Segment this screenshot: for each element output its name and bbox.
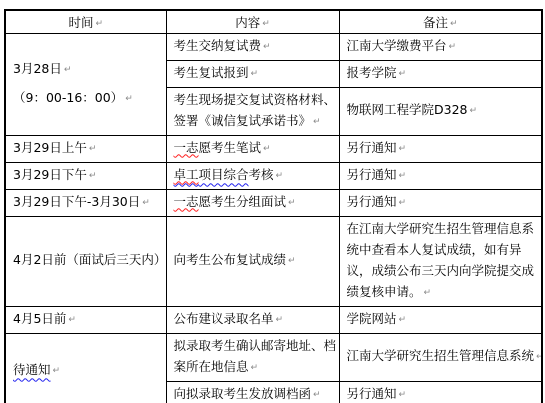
end-of-cell-mark: ↵: [276, 166, 284, 187]
end-of-cell-mark: ↵: [399, 385, 407, 403]
col-header-remark: 备注↵: [339, 10, 542, 33]
cell-paragraph: 另行通知↵: [347, 191, 540, 215]
cell-content: 向拟录取考生发放调档函↵: [166, 381, 339, 403]
cell-content: 卓工项目综合考核↵: [166, 162, 339, 189]
text-segment: 3月29日下午: [13, 167, 87, 182]
cell-paragraph: 另行通知↵: [347, 164, 540, 188]
spellcheck-underline: 卓工: [174, 167, 199, 182]
text-segment: 另行通知: [347, 194, 397, 209]
spellcheck-underline: 一志: [174, 194, 199, 209]
cell-remark: 报考学院↵: [339, 60, 542, 87]
end-of-cell-mark: ↵: [251, 64, 259, 85]
cell-paragraph: 3月28日↵: [13, 58, 164, 82]
col-header-content: 内容↵: [166, 10, 339, 33]
cell-paragraph: 卓工项目综合考核↵: [174, 164, 337, 188]
cell-remark: 物联网工程学院D328↵: [339, 87, 542, 135]
text-segment: 3月28日: [13, 61, 62, 76]
text-segment: 在江南大学研究生招生管理信息系统中查看本人复试成绩，如有异议，成绩公布三天内向学…: [347, 221, 535, 299]
cell-remark: 另行通知↵: [339, 381, 542, 403]
text-segment: 物联网工程学院D328: [347, 102, 468, 117]
end-of-cell-mark: ↵: [142, 193, 150, 214]
text-segment: 待通知: [13, 362, 51, 377]
table-header: 时间↵内容↵备注↵: [5, 10, 542, 33]
cell-paragraph: 考生交纳复试费↵: [174, 35, 337, 59]
col-header-label: 备注: [423, 15, 448, 30]
end-of-cell-mark: ↵: [262, 19, 270, 29]
cell-paragraph: 江南大学研究生招生管理信息系统↵: [347, 345, 540, 369]
table-row: 待通知↵拟录取考生确认邮寄地址、档案所在地信息↵江南大学研究生招生管理信息系统↵: [5, 333, 542, 381]
end-of-cell-mark: ↵: [399, 139, 407, 160]
schedule-table: 时间↵内容↵备注↵ 3月28日↵（9：00-16：00）↵考生交纳复试费↵江南大…: [4, 9, 543, 403]
cell-content: 拟录取考生确认邮寄地址、档案所在地信息↵: [166, 333, 339, 381]
cell-remark: 在江南大学研究生招生管理信息系统中查看本人复试成绩，如有异议，成绩公布三天内向学…: [339, 216, 542, 306]
cell-remark: 学院网站↵: [339, 306, 542, 333]
cell-remark: 另行通知↵: [339, 162, 542, 189]
end-of-cell-mark: ↵: [288, 193, 296, 214]
end-of-cell-mark: ↵: [95, 19, 103, 29]
text-segment: 4月2日前（面试后三天内）: [13, 252, 166, 267]
header-row: 时间↵内容↵备注↵: [5, 10, 542, 33]
cell-paragraph: 考生现场提交复试资格材料、签署《诚信复试承诺书》↵: [174, 89, 337, 134]
end-of-cell-mark: ↵: [89, 166, 97, 187]
cell-content: 考生交纳复试费↵: [166, 33, 339, 60]
cell-paragraph: 另行通知↵: [347, 137, 540, 161]
cell-paragraph: 3月29日上午↵: [13, 137, 164, 161]
cell-paragraph: 一志愿考生分组面试↵: [174, 191, 337, 215]
cell-content: 向考生公布复试成绩↵: [166, 216, 339, 306]
cell-remark: 另行通知↵: [339, 189, 542, 216]
cell-paragraph: 向拟录取考生发放调档函↵: [174, 383, 337, 403]
text-segment: 一志: [174, 194, 199, 209]
cell-paragraph: 公布建议录取名单↵: [174, 308, 337, 332]
end-of-cell-mark: ↵: [89, 139, 97, 160]
end-of-cell-mark: ↵: [53, 361, 61, 382]
cell-time: 4月5日前↵: [5, 306, 166, 333]
cell-paragraph: 4月5日前↵: [13, 308, 164, 332]
text-segment: 一志: [174, 140, 199, 155]
text-segment: 报考学院: [347, 65, 397, 80]
text-segment: 另行通知: [347, 167, 397, 182]
grammar-underline: 待通知: [13, 362, 51, 377]
table-row: 3月28日↵（9：00-16：00）↵考生交纳复试费↵江南大学缴费平台↵: [5, 33, 542, 60]
cell-content: 考生现场提交复试资格材料、签署《诚信复试承诺书》↵: [166, 87, 339, 135]
cell-paragraph: 3月29日下午↵: [13, 164, 164, 188]
end-of-cell-mark: ↵: [64, 60, 72, 81]
end-of-cell-mark: ↵: [313, 112, 321, 133]
cell-paragraph: 在江南大学研究生招生管理信息系统中查看本人复试成绩，如有异议，成绩公布三天内向学…: [347, 218, 540, 305]
end-of-cell-mark: ↵: [263, 139, 271, 160]
text-segment: 考生现场提交复试资格材料、签署《诚信复试承诺书》: [174, 92, 337, 128]
text-segment: 3月29日下午-3月30日: [13, 194, 140, 209]
end-of-cell-mark: ↵: [68, 310, 76, 331]
end-of-cell-mark: ↵: [399, 193, 407, 214]
end-of-cell-mark: ↵: [536, 347, 542, 368]
table-row: 3月29日下午-3月30日↵一志愿考生分组面试↵另行通知↵: [5, 189, 542, 216]
text-segment: 考生复试报到: [174, 65, 249, 80]
cell-time: 3月29日上午↵: [5, 135, 166, 162]
cell-time: 4月2日前（面试后三天内）↵: [5, 216, 166, 306]
cell-content: 一志愿考生分组面试↵: [166, 189, 339, 216]
text-segment: 江南大学缴费平台: [347, 38, 447, 53]
cell-content: 考生复试报到↵: [166, 60, 339, 87]
text-segment: 3月29日上午: [13, 140, 87, 155]
text-segment: 愿考生分组面试: [199, 194, 287, 209]
text-segment: 公布建议录取名单: [174, 311, 274, 326]
cell-paragraph: 物联网工程学院D328↵: [347, 99, 540, 123]
text-segment: （9：00-16：00）: [13, 90, 123, 105]
text-segment: 愿考生笔试: [199, 140, 262, 155]
text-segment: 另行通知: [347, 140, 397, 155]
cell-paragraph: 一志愿考生笔试↵: [174, 137, 337, 161]
end-of-cell-mark: ↵: [313, 385, 321, 403]
text-segment: 另行通知: [347, 386, 397, 401]
end-of-cell-mark: ↵: [399, 310, 407, 331]
table-row: 4月2日前（面试后三天内）↵向考生公布复试成绩↵在江南大学研究生招生管理信息系统…: [5, 216, 542, 306]
text-segment: 向考生公布复试成绩: [174, 252, 287, 267]
cell-time: 3月29日下午-3月30日↵: [5, 189, 166, 216]
cell-paragraph: 江南大学缴费平台↵: [347, 35, 540, 59]
table-row: 3月29日下午↵卓工项目综合考核↵另行通知↵: [5, 162, 542, 189]
cell-time: 3月29日下午↵: [5, 162, 166, 189]
cell-paragraph: 待通知↵: [13, 359, 164, 383]
end-of-cell-mark: ↵: [276, 310, 284, 331]
end-of-cell-mark: ↵: [125, 89, 133, 110]
cell-paragraph: 3月29日下午-3月30日↵: [13, 191, 164, 215]
end-of-cell-mark: ↵: [450, 19, 458, 29]
end-of-cell-mark: ↵: [251, 358, 259, 379]
cell-remark: 江南大学缴费平台↵: [339, 33, 542, 60]
text-segment: 学院网站: [347, 311, 397, 326]
cell-paragraph: 报考学院↵: [347, 62, 540, 86]
spellcheck-underline: 一志: [174, 140, 199, 155]
cell-content: 一志愿考生笔试↵: [166, 135, 339, 162]
cell-remark: 江南大学研究生招生管理信息系统↵: [339, 333, 542, 381]
cell-paragraph: 学院网站↵: [347, 308, 540, 332]
end-of-cell-mark: ↵: [424, 283, 432, 304]
cell-paragraph: （9：00-16：00）↵: [13, 87, 164, 111]
end-of-cell-mark: ↵: [399, 166, 407, 187]
cell-time: 待通知↵: [5, 333, 166, 403]
cell-paragraph: 另行通知↵: [347, 383, 540, 403]
col-header-label: 时间: [68, 15, 93, 30]
grammar-underline: 项目综合: [199, 167, 249, 182]
cell-paragraph: 向考生公布复试成绩↵: [174, 249, 337, 273]
cell-paragraph: 4月2日前（面试后三天内）↵: [13, 249, 164, 273]
end-of-cell-mark: ↵: [469, 101, 477, 122]
end-of-cell-mark: ↵: [263, 37, 271, 58]
col-header-time: 时间↵: [5, 10, 166, 33]
table-body: 3月28日↵（9：00-16：00）↵考生交纳复试费↵江南大学缴费平台↵考生复试…: [5, 33, 542, 403]
table-row: 3月29日上午↵一志愿考生笔试↵另行通知↵: [5, 135, 542, 162]
table-row: 4月5日前↵公布建议录取名单↵学院网站↵: [5, 306, 542, 333]
text-segment: 卓工: [174, 167, 199, 182]
grammar-underline: 卓工: [174, 167, 199, 182]
text-segment: 4月5日前: [13, 311, 66, 326]
text-segment: 考核: [249, 167, 274, 182]
cell-remark: 另行通知↵: [339, 135, 542, 162]
cell-paragraph: 拟录取考生确认邮寄地址、档案所在地信息↵: [174, 335, 337, 380]
end-of-cell-mark: ↵: [288, 251, 296, 272]
end-of-cell-mark: ↵: [399, 64, 407, 85]
text-segment: 江南大学研究生招生管理信息系统: [347, 348, 535, 363]
text-segment: 项目综合: [199, 167, 249, 182]
col-header-label: 内容: [235, 15, 260, 30]
end-of-cell-mark: ↵: [449, 37, 457, 58]
text-segment: 考生交纳复试费: [174, 38, 262, 53]
cell-paragraph: 考生复试报到↵: [174, 62, 337, 86]
cell-content: 公布建议录取名单↵: [166, 306, 339, 333]
document-page: 时间↵内容↵备注↵ 3月28日↵（9：00-16：00）↵考生交纳复试费↵江南大…: [0, 0, 545, 403]
text-segment: 向拟录取考生发放调档函: [174, 386, 312, 401]
cell-time: 3月28日↵（9：00-16：00）↵: [5, 33, 166, 135]
